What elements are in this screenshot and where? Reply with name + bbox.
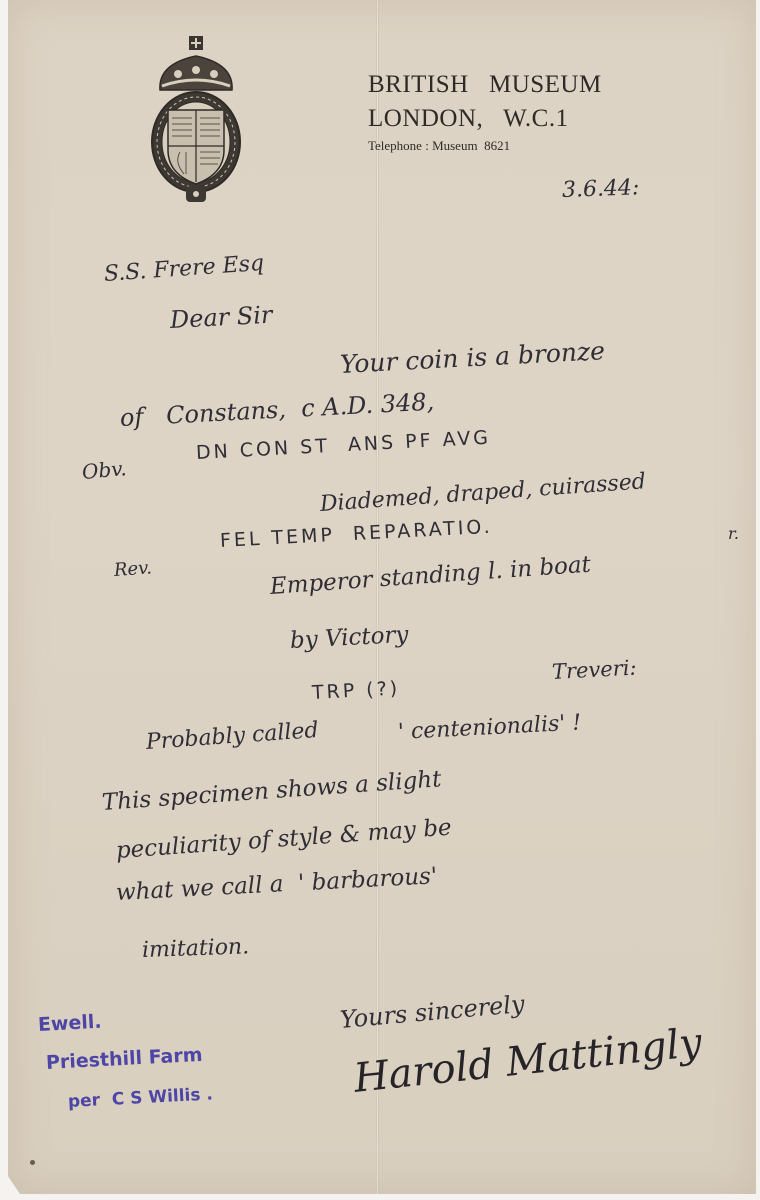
obverse-label: Obv. <box>81 456 127 484</box>
body-line-imitation: imitation. <box>142 934 250 963</box>
mint-name: Treveri: <box>551 656 637 684</box>
institution-address: LONDON, W.C.1 <box>368 102 602 136</box>
letter-date: 3.6.44: <box>562 175 640 203</box>
letterhead: BRITISH MUSEUM LONDON, W.C.1 Telephone :… <box>368 68 602 154</box>
institution-name: BRITISH MUSEUM <box>368 68 602 102</box>
obverse-direction: r. <box>728 524 739 543</box>
paper-spot <box>30 1160 35 1165</box>
reverse-label: Rev. <box>113 557 152 581</box>
royal-coat-of-arms-icon <box>148 34 244 206</box>
salutation: Dear Sir <box>169 301 273 334</box>
institution-telephone: Telephone : Museum 8621 <box>368 138 602 154</box>
mint-mark: TRP (?) <box>311 677 400 704</box>
annotation-place: Ewell. <box>37 1011 102 1036</box>
